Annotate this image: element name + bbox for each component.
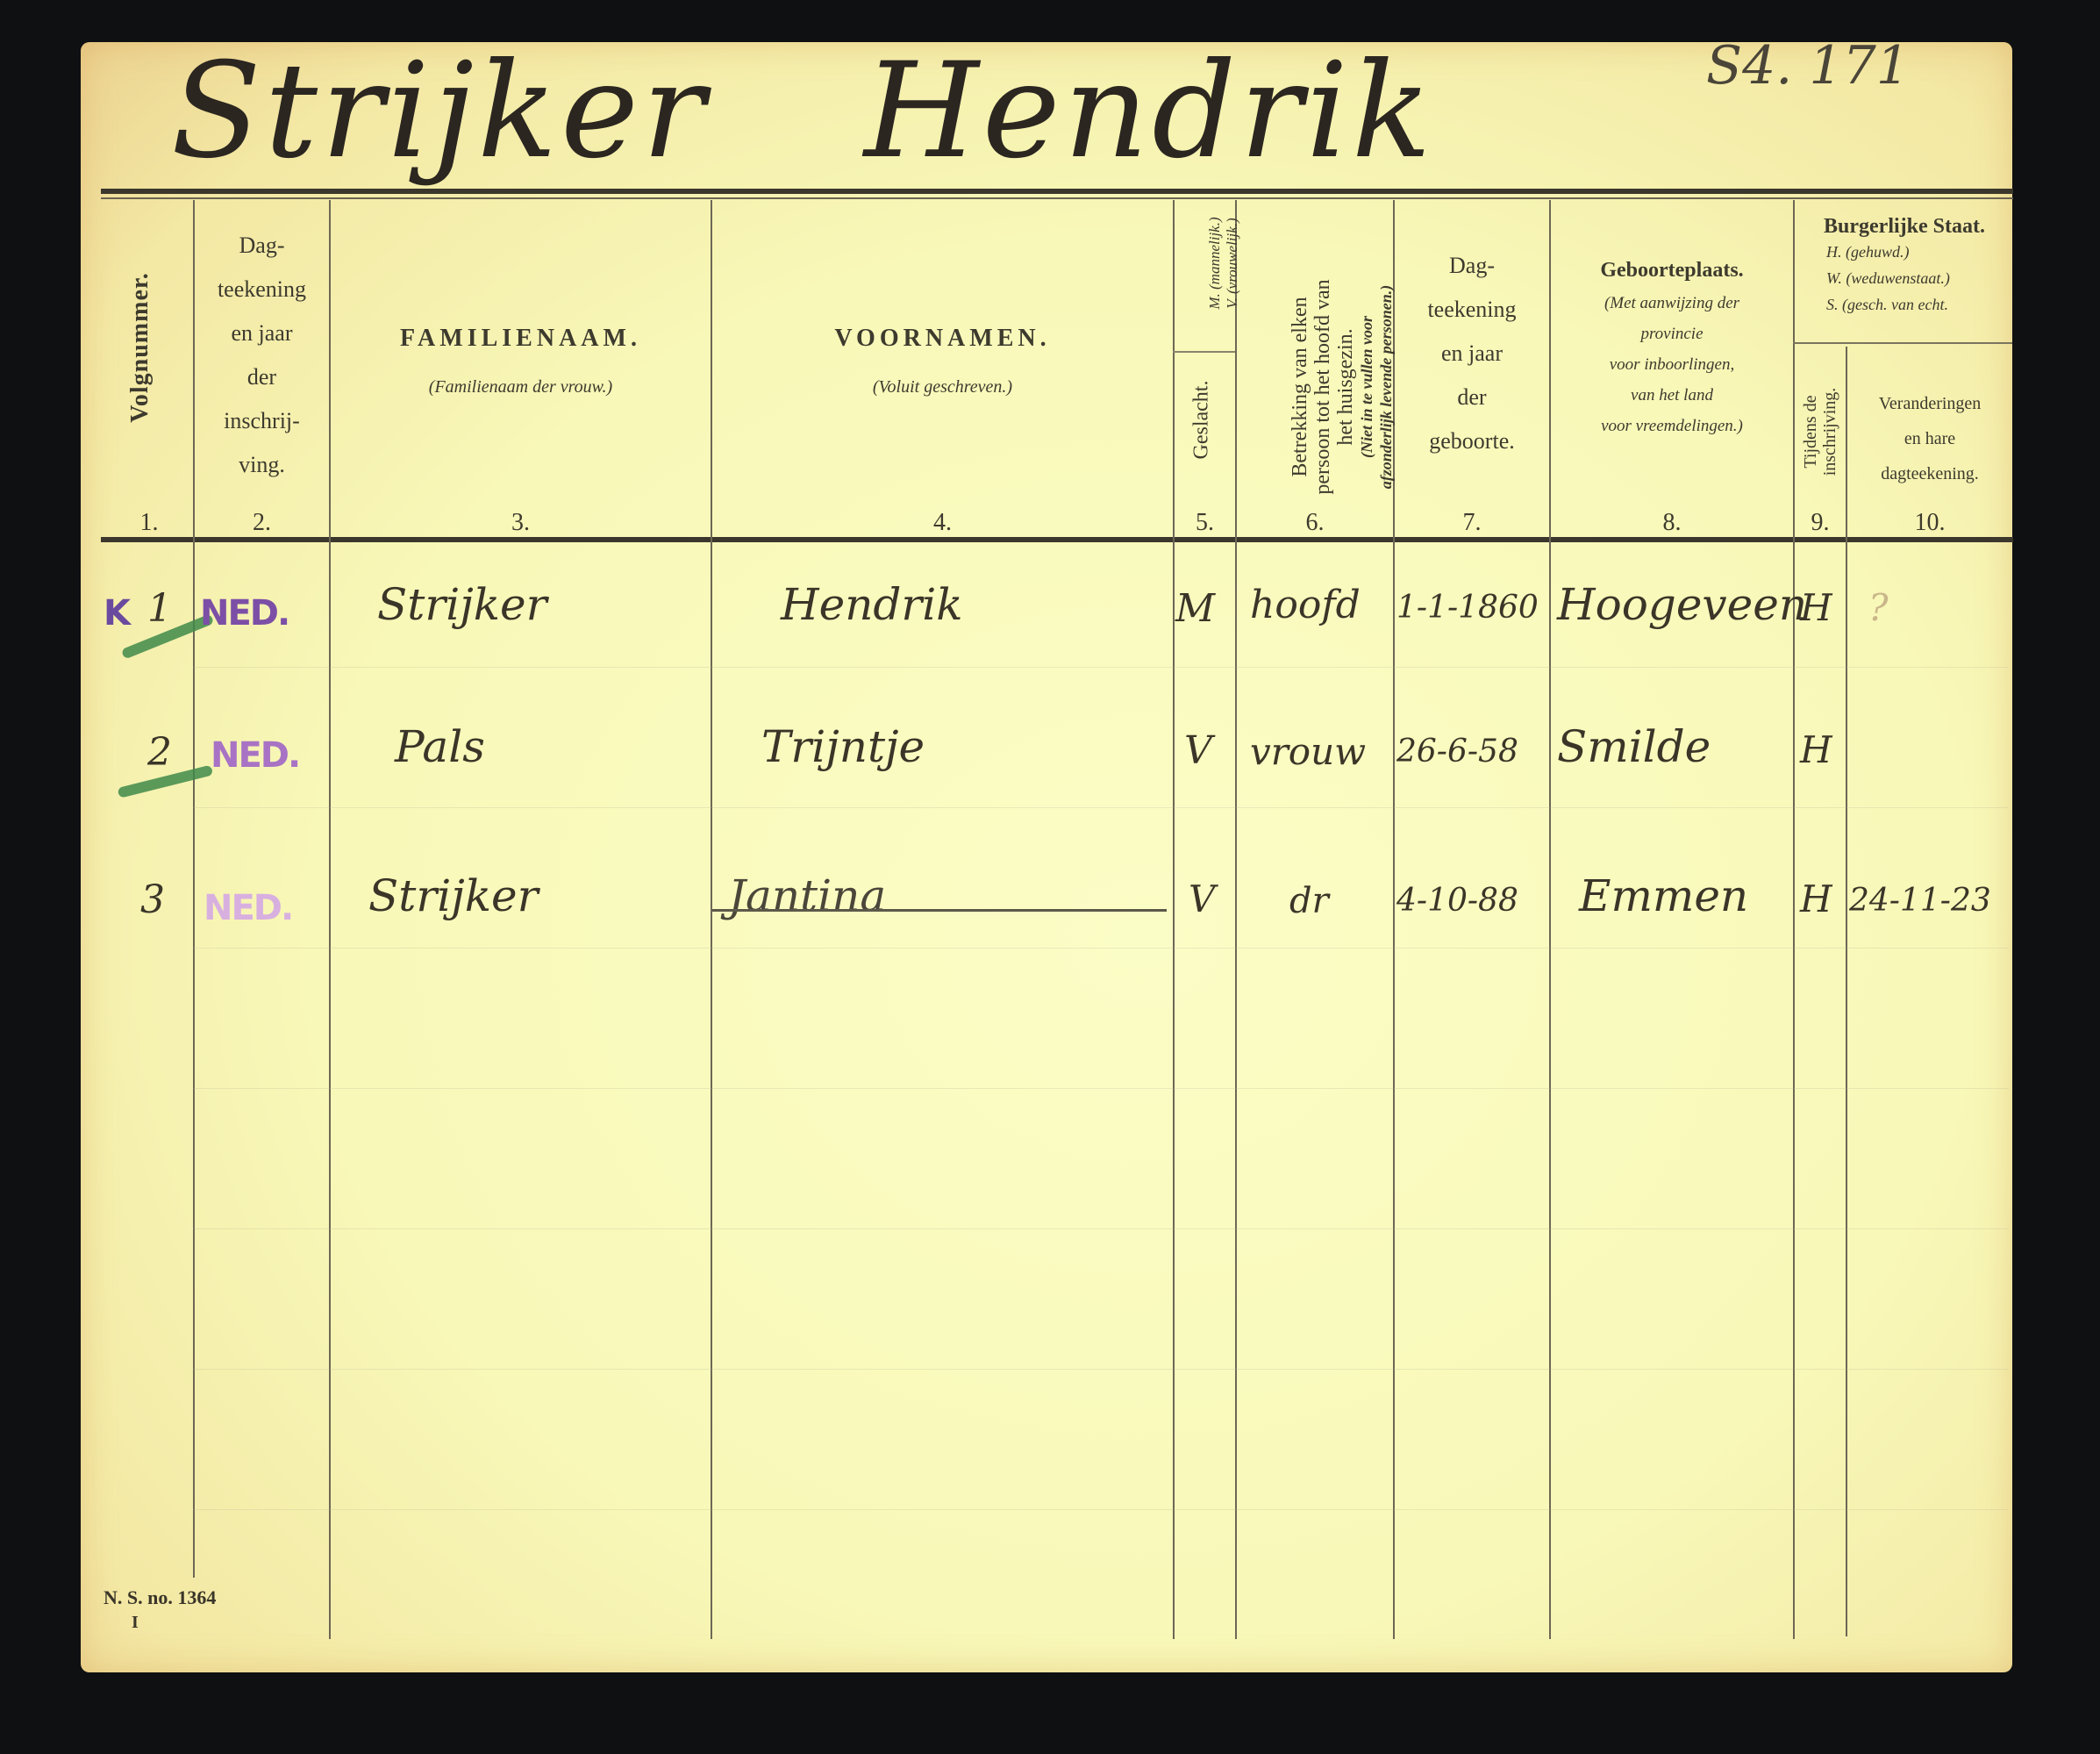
header-line: Betrekking van elken <box>1289 220 1311 554</box>
row-guide <box>193 1369 2009 1370</box>
surname-heading: Strijker <box>171 35 709 188</box>
header-tijdens-inschrijving: Tijdens de inschrijving. <box>1801 344 1839 519</box>
familienaam: Strijker <box>377 579 547 630</box>
geboortedatum: 26-6-58 <box>1396 734 1518 770</box>
familienaam: Pals <box>395 721 485 772</box>
header-line: V. (vrouwelijk.) <box>1224 154 1241 373</box>
header-rule-bottom <box>101 537 2013 542</box>
header-line: van het land <box>1551 380 1793 411</box>
row-guide <box>193 1228 2009 1229</box>
geboorteplaats: Hoogeveen <box>1557 579 1807 630</box>
volgnummer: 1 <box>147 586 172 631</box>
header-line: geboorte. <box>1395 419 1549 463</box>
veranderingen: ? <box>1868 586 1889 629</box>
header-volgnummer: Volgnummer. <box>126 225 154 470</box>
ned-stamp: NED. <box>204 888 292 928</box>
header-line: teekening <box>1395 288 1549 332</box>
col-divider-8 <box>1793 200 1795 1639</box>
header-line: en hare <box>1847 421 2012 456</box>
given-name-heading: Hendrik <box>864 35 1435 188</box>
header-line: het huisgezin. <box>1334 220 1357 554</box>
row-guide <box>193 1088 2009 1089</box>
header-line: en jaar <box>1395 332 1549 376</box>
volgnummer: 2 <box>147 730 172 775</box>
header-dagteekening-inschrijving: Dag- teekening en jaar der inschrij- vin… <box>195 224 329 487</box>
row-guide <box>193 948 2009 949</box>
voornamen: Hendrik <box>781 579 963 630</box>
k-stamp: K <box>104 593 129 634</box>
header-title: Burgerlijke Staat. <box>1795 215 2014 239</box>
header-betrekking: Betrekking van elken persoon tot het hoo… <box>1289 220 1396 554</box>
col-divider-5 <box>1235 200 1237 1639</box>
header-line: teekening <box>195 268 329 311</box>
header-rule-top <box>101 189 2013 194</box>
geboorteplaats: Emmen <box>1579 870 1748 921</box>
header-subtitle: H. (gehuwd.) W. (weduwenstaat.) S. (gesc… <box>1795 239 2014 318</box>
header-line: voor inboorlingen, <box>1551 349 1793 380</box>
header-line: (Met aanwijzing der <box>1551 288 1793 319</box>
header-burgerlijke-staat: Burgerlijke Staat. H. (gehuwd.) W. (wedu… <box>1795 215 2014 318</box>
row-guide <box>193 807 2009 808</box>
header-line: S. (gesch. van echt. <box>1826 291 2014 318</box>
header-line: (Niet in te vullen voor <box>1357 220 1376 554</box>
header-subtitle: (Voluit geschreven.) <box>712 377 1173 397</box>
strikethrough-line <box>712 909 1167 912</box>
col-num-7: 7. <box>1395 509 1549 537</box>
burgerlijke-staat: H <box>1800 728 1832 771</box>
header-line: persoon tot het hoofd van <box>1311 220 1334 554</box>
veranderingen: 24-11-23 <box>1849 883 1991 919</box>
betrekking: vrouw <box>1250 730 1366 773</box>
header-line: en jaar <box>195 311 329 355</box>
geslacht: M <box>1175 586 1215 631</box>
ned-stamp: NED. <box>200 593 289 634</box>
familienaam: Strijker <box>368 870 539 921</box>
header-dagteekening-geboorte: Dag- teekening en jaar der geboorte. <box>1395 244 1549 463</box>
geslacht: V <box>1189 877 1215 920</box>
col-num-5: 5. <box>1175 509 1235 537</box>
col-num-2: 2. <box>195 509 329 537</box>
header-line: Dag- <box>1395 244 1549 288</box>
header-rule-top-thin <box>101 197 2013 199</box>
burgerlijke-staat: H <box>1800 586 1832 629</box>
voornamen: Trijntje <box>761 721 925 772</box>
header-line: inschrij- <box>195 399 329 443</box>
header-line: M. (mannelijk.) <box>1206 154 1224 373</box>
header-line: inschrijving. <box>1820 344 1839 519</box>
geslacht: V <box>1184 728 1212 773</box>
geboorteplaats: Smilde <box>1557 721 1711 772</box>
row-guide <box>193 667 2009 668</box>
betrekking: hoofd <box>1250 583 1361 627</box>
col-divider-3 <box>711 200 712 1639</box>
header-line: dagteekening. <box>1847 456 2012 491</box>
header-voornamen: VOORNAMEN. (Voluit geschreven.) <box>712 325 1173 397</box>
header-line: H. (gehuwd.) <box>1826 239 2014 265</box>
reference-number: S4. 171 <box>1706 35 1910 97</box>
header-line: W. (weduwenstaat.) <box>1826 265 2014 291</box>
geboortedatum: 1-1-1860 <box>1396 590 1539 626</box>
col-num-1: 1. <box>105 509 193 537</box>
col-num-4: 4. <box>712 509 1173 537</box>
betrekking: dr <box>1289 881 1329 921</box>
form-number: N. S. no. 1364 <box>104 1586 216 1609</box>
header-subtitle: (Met aanwijzing der provincie voor inboo… <box>1551 288 1793 441</box>
ned-stamp: NED. <box>211 735 299 776</box>
col-divider-4 <box>1173 200 1175 1639</box>
header-geboorteplaats: Geboorteplaats. (Met aanwijzing der prov… <box>1551 259 1793 441</box>
geboortedatum: 4-10-88 <box>1396 883 1518 919</box>
voornamen-struck: Jantina <box>728 870 886 921</box>
header-line: provincie <box>1551 319 1793 349</box>
header-geslacht-mv: M. (mannelijk.) V. (vrouwelijk.) <box>1206 154 1241 373</box>
col-num-3: 3. <box>331 509 711 537</box>
header-line: der <box>1395 376 1549 419</box>
header-line: ving. <box>195 443 329 487</box>
col-divider-2 <box>329 200 331 1639</box>
row-guide <box>193 1509 2009 1510</box>
header-veranderingen: Veranderingen en hare dagteekening. <box>1847 386 2012 491</box>
volgnummer: 3 <box>140 877 165 922</box>
col-num-6: 6. <box>1237 509 1393 537</box>
header-title: Geboorteplaats. <box>1551 259 1793 283</box>
header-line: Veranderingen <box>1847 386 2012 421</box>
col-divider-9 <box>1846 347 1847 1636</box>
burgerlijke-staat: H <box>1800 877 1832 920</box>
header-subtitle: (Familienaam der vrouw.) <box>331 377 711 397</box>
header-title: VOORNAMEN. <box>712 325 1173 353</box>
col-num-9: 9. <box>1795 509 1846 537</box>
header-line: afzonderlijk levende personen.) <box>1376 220 1396 554</box>
col-num-8: 8. <box>1551 509 1793 537</box>
header-line: Dag- <box>195 224 329 268</box>
form-sub: I <box>132 1613 139 1633</box>
header-title: FAMILIENAAM. <box>331 325 711 353</box>
header-line: Tijdens de <box>1801 344 1820 519</box>
header-line: der <box>195 355 329 399</box>
header-familienaam: FAMILIENAAM. (Familienaam der vrouw.) <box>331 325 711 397</box>
col-num-10: 10. <box>1847 509 2012 537</box>
header-line: voor vreemdelingen.) <box>1551 411 1793 441</box>
